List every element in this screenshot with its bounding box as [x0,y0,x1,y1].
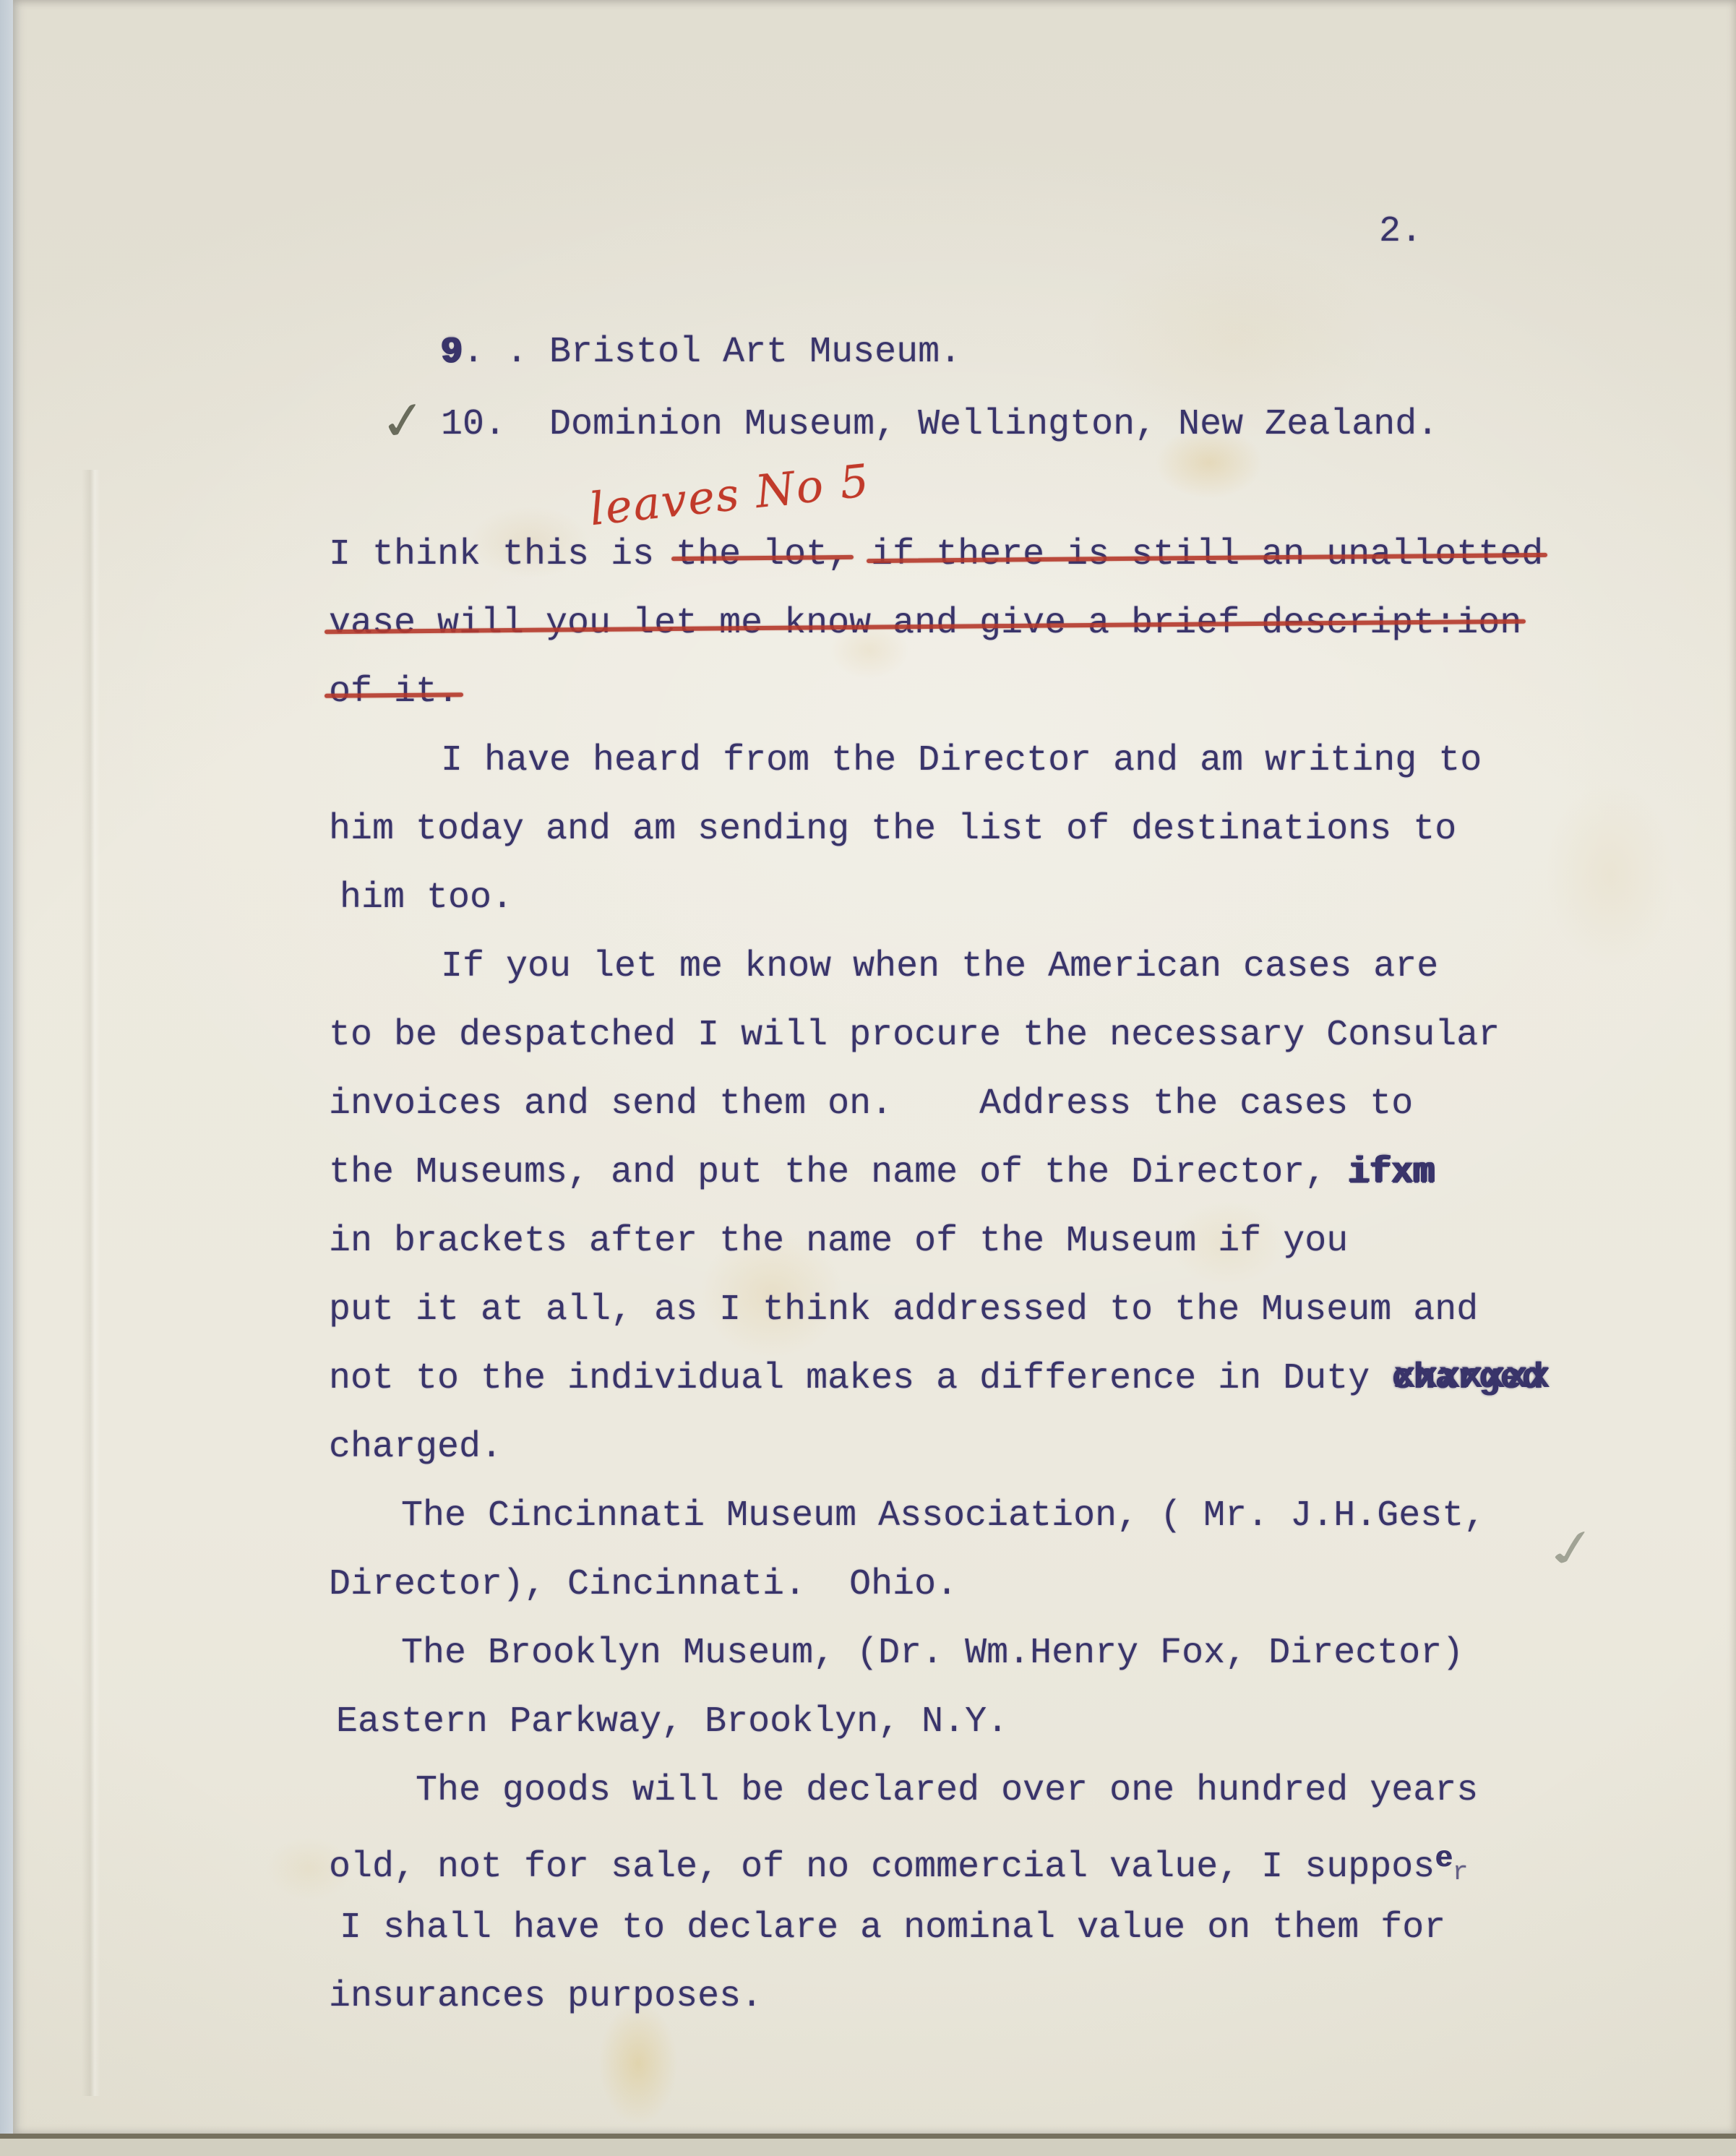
typed-text: I have heard from the Director and am wr… [441,740,1482,781]
typed-text: him today and am sending the list of des… [329,809,1456,850]
typed-line: The Cincinnati Museum Association, ( Mr.… [329,1482,1601,1550]
typed-text: The Cincinnati Museum Association, ( Mr.… [401,1495,1485,1537]
typed-line: to be despatched I will procure the nece… [329,1001,1601,1070]
typed-text: old, not for sale, of no commercial valu… [329,1847,1435,1888]
struck-through-text: of it. [329,671,459,713]
struck-through-text: the lot, [676,534,849,575]
typed-line: I think this is the lot, if there is sti… [329,520,1601,589]
typed-line: of it. [329,658,1601,726]
typed-text: The goods will be declared over one hund… [416,1770,1478,1811]
crossed-out-word: chargedxxxxxxx [1391,1344,1543,1413]
typed-text: The Brooklyn Museum, (Dr. Wm.Henry Fox, … [401,1633,1464,1674]
typed-line: vase will you let me know and give a bri… [329,589,1601,658]
typed-text: invoices and send them on. Address the c… [329,1083,1413,1125]
typed-line: invoices and send them on. Address the c… [329,1070,1601,1138]
scanned-letter-page: { "page": { "number": "2." }, "ink": { "… [0,0,1736,2156]
typed-line: The goods will be declared over one hund… [329,1756,1601,1825]
typed-line: in brackets after the name of the Museum… [329,1207,1601,1276]
raised-char: e [1435,1842,1453,1876]
typed-text: I shall have to declare a nominal value … [340,1907,1445,1949]
typed-line: Eastern Parkway, Brooklyn, N.Y. [329,1688,1601,1756]
typed-line: put it at all, as I think addressed to t… [329,1276,1601,1344]
typed-line: Director), Cincinnati. Ohio. [329,1550,1601,1619]
typed-text: . . Bristol Art Museum. [463,332,961,373]
typed-line: him too. [329,864,1601,932]
typed-text: I think this is [329,534,676,575]
typed-text: If you let me know when the American cas… [441,946,1438,987]
typed-text: Director), Cincinnati. Ohio. [329,1564,958,1605]
faint-char: r [1453,1857,1469,1887]
typed-text: not to the individual makes a difference… [329,1358,1391,1399]
typed-text: the Museums, and put the name of the Dir… [329,1152,1348,1193]
letter-body: 9. . Bristol Art Museum.10. Dominion Mus… [329,318,1601,2031]
typed-line: 9. . Bristol Art Museum. [329,318,1601,387]
typed-text: put it at all, as I think addressed to t… [329,1289,1478,1331]
typed-text: charged. [329,1427,502,1468]
typed-line: I shall have to declare a nominal value … [329,1894,1601,1962]
scan-bottom-edge [0,2134,1736,2156]
typed-line: him today and am sending the list of des… [329,795,1601,864]
typed-text: insurances purposes. [329,1976,762,2017]
typed-text: Eastern Parkway, Brooklyn, N.Y. [336,1701,1008,1743]
paper-crease [82,470,100,2096]
typed-line: 10. Dominion Museum, Wellington, New Zea… [329,390,1601,459]
typed-line: not to the individual makes a difference… [329,1344,1601,1413]
typed-text: 10. Dominion Museum, Wellington, New Zea… [441,404,1438,445]
overstrike-x-marks: xxxxxxx [1393,1343,1550,1412]
typed-line: the Museums, and put the name of the Dir… [329,1138,1601,1207]
typed-line: insurances purposes. [329,1962,1601,2031]
struck-through-text: vase will you let me know and give a bri… [329,603,1521,644]
typed-text: to be despatched I will procure the nece… [329,1015,1500,1056]
typed-text: in brackets after the name of the Museum… [329,1221,1348,1262]
typed-text: him too. [340,877,513,919]
page-number: 2. [1379,211,1422,252]
overtyped-text: ifxm [1348,1152,1435,1193]
typed-line: old, not for sale, of no commercial valu… [329,1825,1601,1894]
overtyped-text: 9 [441,332,463,373]
typed-line: If you let me know when the American cas… [329,932,1601,1001]
typed-line: I have heard from the Director and am wr… [329,726,1601,795]
struck-through-text: if there is still an unallotted [871,534,1543,575]
typed-line: The Brooklyn Museum, (Dr. Wm.Henry Fox, … [329,1619,1601,1688]
typed-line: charged. [329,1413,1601,1482]
